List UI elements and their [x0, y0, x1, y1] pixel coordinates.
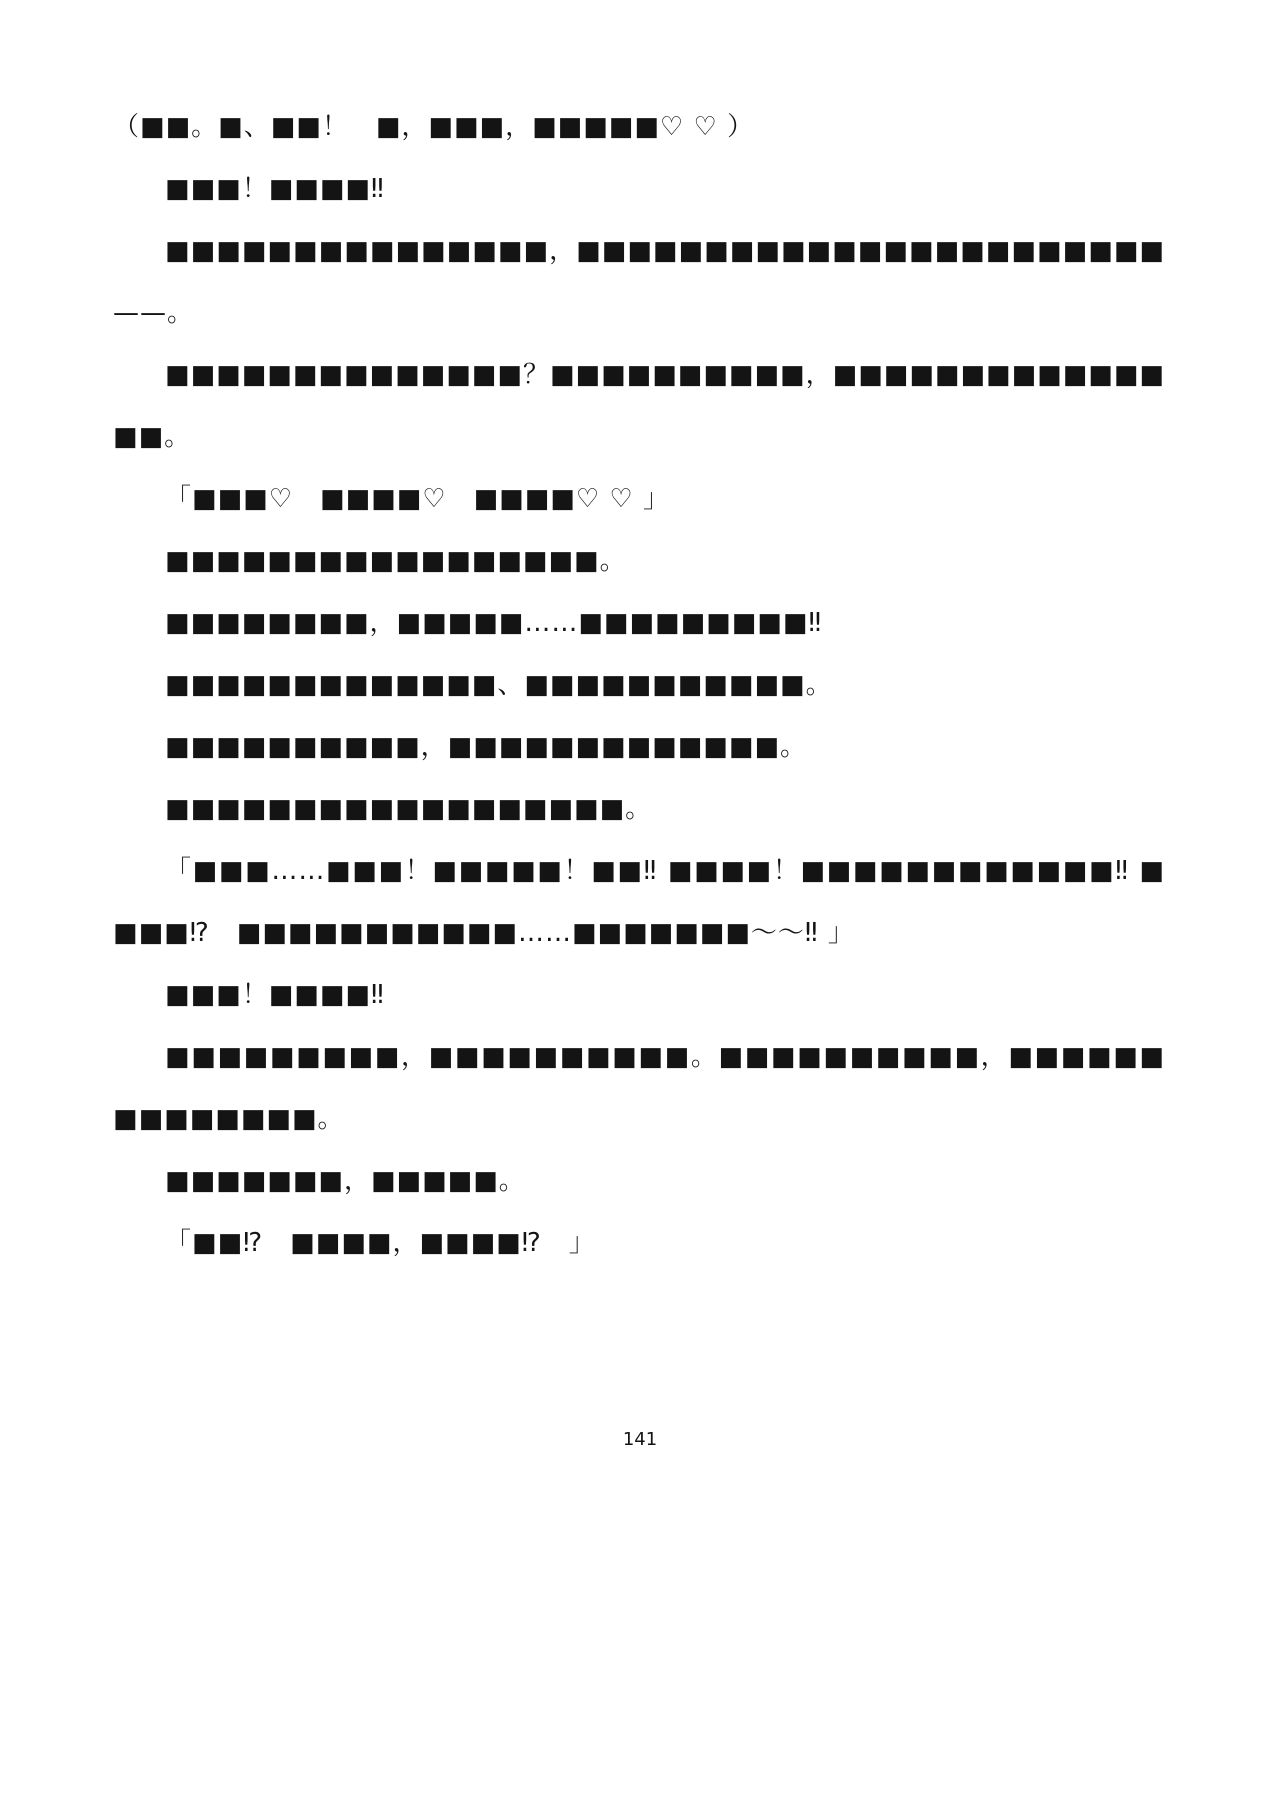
page-number: 141 — [0, 1428, 1280, 1452]
body-text: （■■。■、■■！ ■，■■■，■■■■■♡ ♡ ） ■■■！■■■■‼ ■■■… — [113, 96, 1165, 1274]
paragraph: 「■■⁉ ■■■■，■■■■⁉ 」 — [113, 1212, 1165, 1274]
paragraph: ■■■■■■■■，■■■■■……■■■■■■■■■‼ — [113, 592, 1165, 654]
paragraph: ■■■■■■■■■■■■■、■■■■■■■■■■■。 — [113, 654, 1165, 716]
paragraph: ■■■■■■■■■■■■■■■■■■。 — [113, 778, 1165, 840]
paragraph: ■■■■■■■■■■，■■■■■■■■■■■■■。 — [113, 716, 1165, 778]
paragraph: 「■■■♡ ■■■■♡ ■■■■♡ ♡ 」 — [113, 468, 1165, 530]
paragraph: ■■■！■■■■‼ — [113, 964, 1165, 1026]
paragraph: ■■■■■■■■■■■■■■■■■。 — [113, 530, 1165, 592]
paragraph: ■■■■■■■■■■■■■■？■■■■■■■■■■，■■■■■■■■■■■■■■… — [113, 344, 1165, 468]
paragraph: ■■■■■■■，■■■■■。 — [113, 1150, 1165, 1212]
document-page: （■■。■、■■！ ■，■■■，■■■■■♡ ♡ ） ■■■！■■■■‼ ■■■… — [0, 0, 1280, 1810]
paragraph: ■■■■■■■■■■■■■■■，■■■■■■■■■■■■■■■■■■■■■■■—… — [113, 220, 1165, 344]
paragraph: ■■■！■■■■‼ — [113, 158, 1165, 220]
paragraph: （■■。■、■■！ ■，■■■，■■■■■♡ ♡ ） — [113, 96, 1165, 158]
paragraph: ■■■■■■■■■，■■■■■■■■■■。■■■■■■■■■■，■■■■■■■■… — [113, 1026, 1165, 1150]
paragraph: 「■■■……■■■！■■■■■！■■‼ ■■■■！■■■■■■■■■■■■‼ ■… — [113, 840, 1165, 964]
